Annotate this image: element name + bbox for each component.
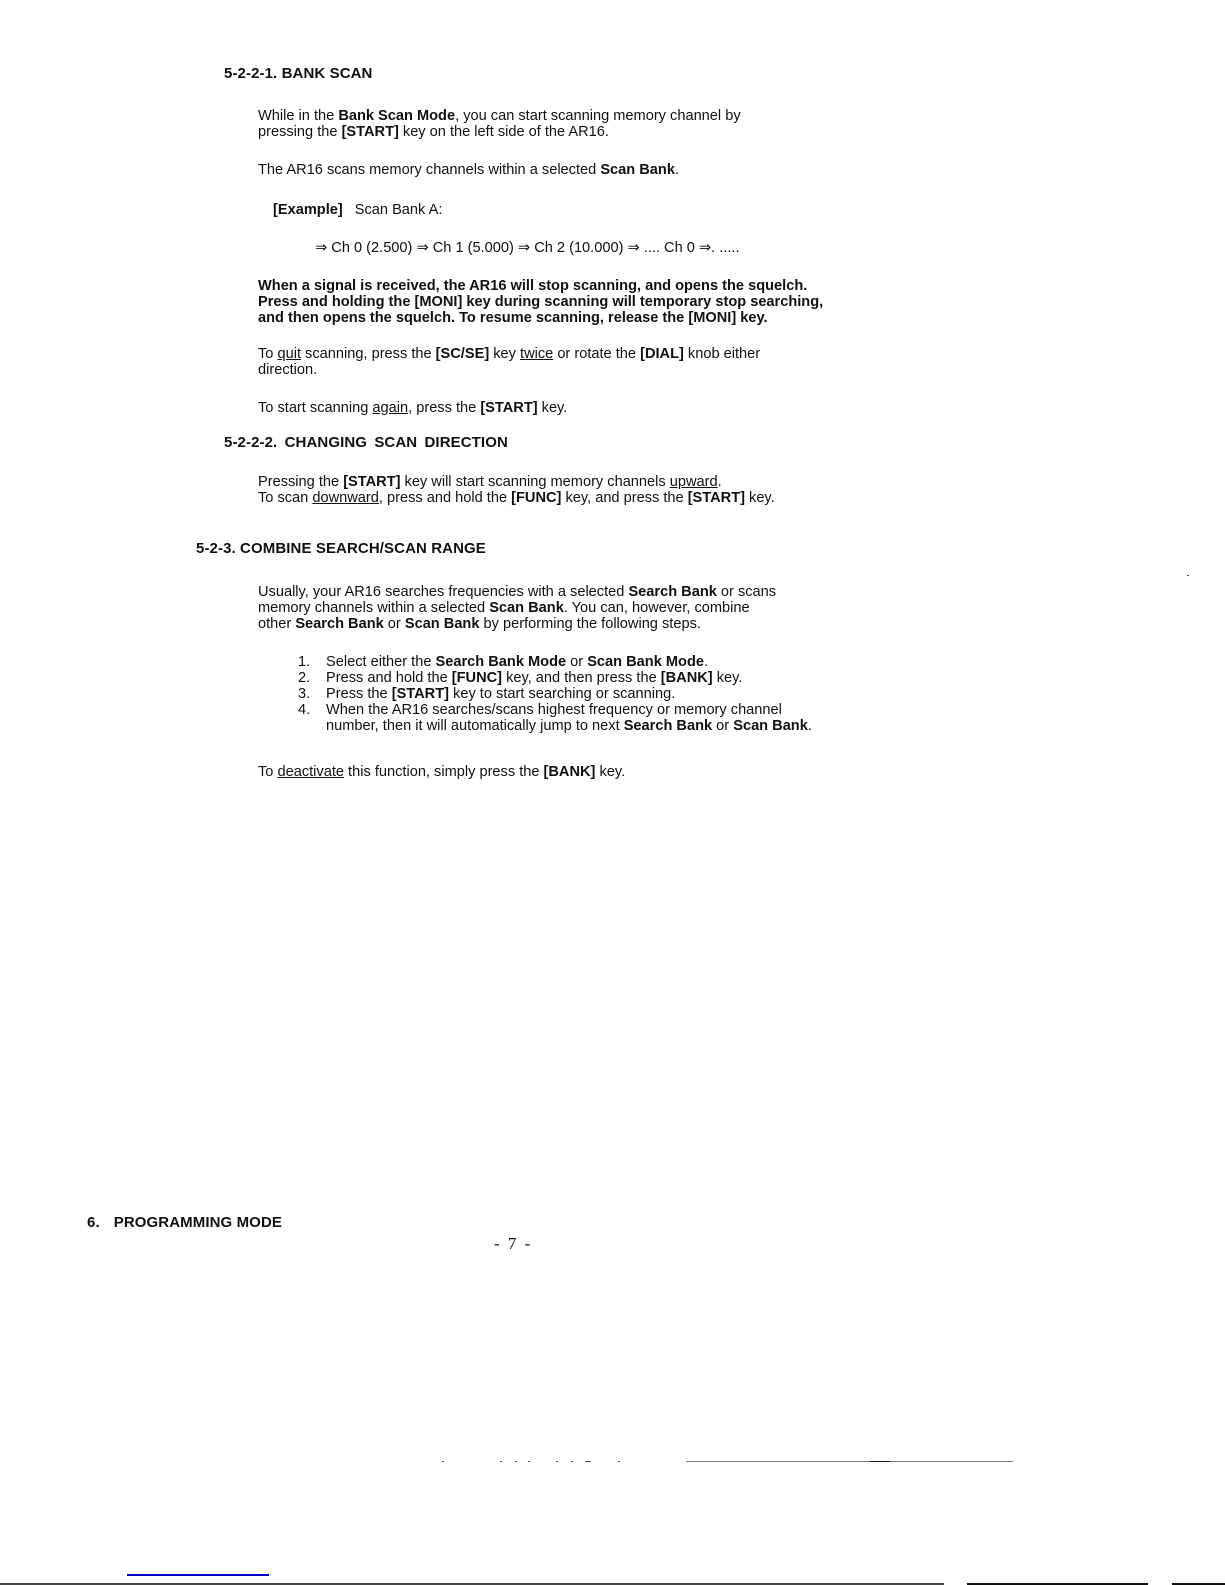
- link-underline: [127, 1574, 269, 1576]
- bank-scan-paragraph-1: While in the Bank Scan Mode, you can sta…: [258, 108, 741, 140]
- page-number: - 7 -: [494, 1236, 530, 1252]
- section-heading-combine-range: 5-2-3. COMBINE SEARCH/SCAN RANGE: [196, 541, 486, 557]
- scan-artifact: [515, 1461, 517, 1462]
- scan-artifact: [1187, 575, 1189, 576]
- section-heading-scan-direction: 5-2-2-2. CHANGING SCAN DIRECTION: [224, 435, 508, 451]
- example-sequence: ⇒ Ch 0 (2.500) ⇒ Ch 1 (5.000) ⇒ Ch 2 (10…: [315, 240, 740, 256]
- example-line: [Example]Scan Bank A:: [273, 202, 442, 218]
- scan-direction-paragraph: Pressing the [START] key will start scan…: [258, 474, 775, 506]
- scan-artifact: [585, 1461, 591, 1462]
- scan-artifact: [442, 1461, 444, 1462]
- divider-line-dark: [870, 1461, 890, 1462]
- bank-scan-paragraph-5: To start scanning again, press the [STAR…: [258, 400, 567, 416]
- divider-line: [686, 1461, 1013, 1462]
- bank-scan-paragraph-2: The AR16 scans memory channels within a …: [258, 162, 679, 178]
- section-heading-bank-scan: 5-2-2-1. BANK SCAN: [224, 66, 373, 82]
- scan-artifact: [618, 1461, 620, 1462]
- scan-artifact: [571, 1461, 573, 1462]
- scan-artifact: [500, 1461, 502, 1462]
- scan-artifact: [556, 1461, 558, 1462]
- bank-scan-paragraph-3: When a signal is received, the AR16 will…: [258, 278, 823, 326]
- scan-artifact: [528, 1461, 530, 1462]
- combine-range-paragraph-2: To deactivate this function, simply pres…: [258, 764, 625, 780]
- section-heading-programming-mode: 6.PROGRAMMING MODE: [87, 1215, 282, 1231]
- steps-list: 1. Select either the Search Bank Mode or…: [298, 654, 998, 744]
- combine-range-paragraph-1: Usually, your AR16 searches frequencies …: [258, 584, 776, 632]
- example-label: [Example]: [273, 202, 343, 218]
- bank-scan-paragraph-4: To quit scanning, press the [SC/SE] key …: [258, 346, 760, 378]
